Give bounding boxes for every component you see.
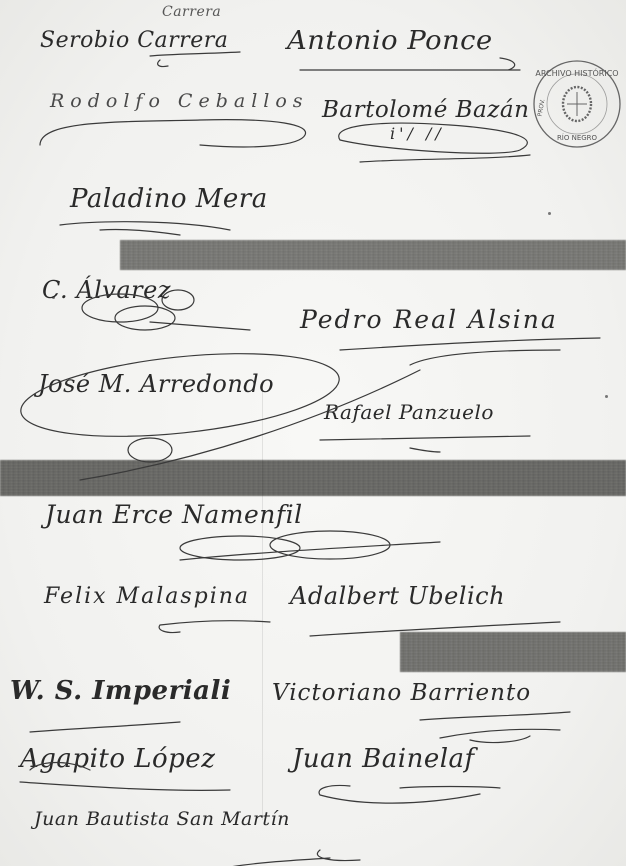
stamp-text-bottom: RÍO NEGRO	[557, 133, 598, 142]
signature-jose-m-arredondo: José M. Arredondo	[38, 370, 274, 398]
signature-paladino-mera: Paladino Mera	[70, 184, 268, 214]
scan-band-top	[120, 240, 626, 270]
speck	[548, 212, 551, 215]
annotation-carrera: Carrera	[162, 4, 221, 20]
signature-juan-bainelaf: Juan Bainelaf	[292, 744, 475, 774]
stamp-text-left: PROV.	[537, 98, 547, 117]
document-page: Carrera Serobio Carrera Antonio Ponce Ro…	[0, 0, 626, 866]
scan-band-middle	[0, 460, 626, 496]
signature-serobio-carrera: Serobio Carrera	[40, 28, 228, 53]
signature-victoriano-barriento: Victoriano Barriento	[272, 680, 531, 706]
rubric-mark: i'/ //	[390, 124, 445, 143]
signature-pedro-real-alsina: Pedro Real Alsina	[300, 305, 558, 334]
archive-stamp: ARCHIVO HISTÓRICO RÍO NEGRO PROV.	[531, 58, 623, 150]
stamp-text-top: ARCHIVO HISTÓRICO	[535, 67, 618, 78]
scan-band-lower	[400, 632, 626, 672]
signature-agapito-lopez: Agapito López	[20, 744, 215, 774]
signature-w-s-imperiali: W. S. Imperiali	[10, 676, 231, 706]
signature-rodolfo-ceballos: Rodolfo Ceballos	[50, 90, 309, 112]
signature-juan-bautista-san-martin: Juan Bautista San Martín	[34, 808, 290, 830]
signature-rafael-panzuelo: Rafael Panzuelo	[324, 400, 494, 424]
signature-adalbert-ubelich: Adalbert Ubelich	[290, 582, 505, 610]
fold-line	[262, 380, 263, 820]
signature-c-alvarez: C. Álvarez	[42, 276, 171, 304]
signature-felix-malaspina: Felix Malaspina	[44, 584, 250, 609]
signature-bartolome-bazan: Bartolomé Bazán	[322, 97, 529, 123]
signature-antonio-ponce: Antonio Ponce	[287, 26, 493, 56]
speck	[605, 395, 608, 398]
signature-juan-erce-namenfil: Juan Erce Namenfil	[45, 500, 303, 529]
